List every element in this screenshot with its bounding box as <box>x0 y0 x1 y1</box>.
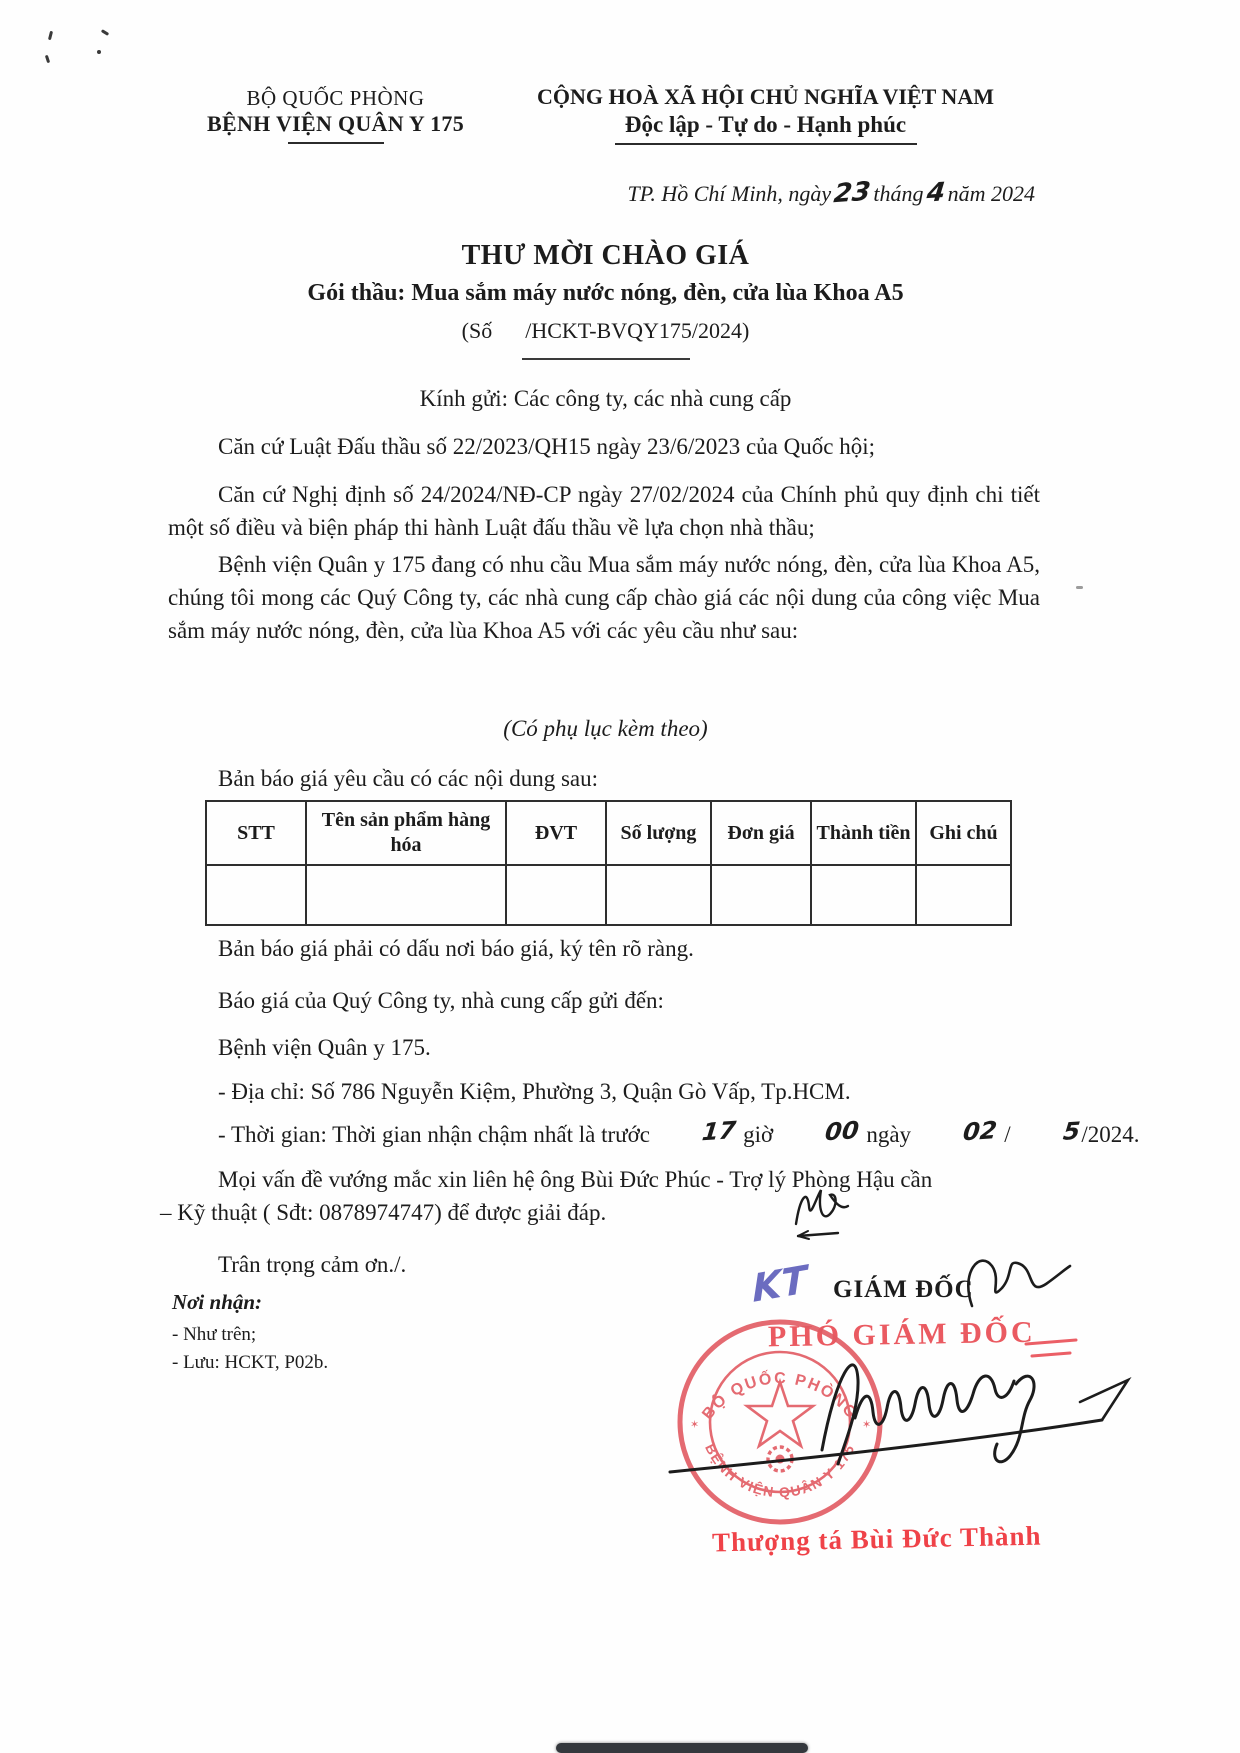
col-header-unit: ĐVT <box>506 801 606 865</box>
contact-line-2: – Kỹ thuật ( Sđt: 0878974747) để được gi… <box>160 1196 860 1229</box>
handwritten-month: 4 <box>925 179 946 206</box>
handwritten-initial-mark <box>786 1180 856 1244</box>
scan-mark <box>97 50 101 54</box>
empty-cell <box>711 865 811 925</box>
header-national-motto: CỘNG HOÀ XÃ HỘI CHỦ NGHĨA VIỆT NAM Độc l… <box>518 84 1013 145</box>
title-rule <box>522 358 690 360</box>
contact-line-1: Mọi vấn đề vướng mắc xin liên hệ ông Bùi… <box>168 1163 1068 1196</box>
paragraph-legal-basis-1: Căn cứ Luật Đấu thầu số 22/2023/QH15 ngà… <box>168 430 1040 463</box>
line-address: - Địa chỉ: Số 786 Nguyễn Kiệm, Phường 3,… <box>168 1075 1040 1108</box>
col-header-product: Tên sản phẩm hàng hóa <box>306 801 506 865</box>
paragraph-legal-basis-2: Căn cứ Nghị định số 24/2024/NĐ-CP ngày 2… <box>168 478 1040 544</box>
recipient-item: - Lưu: HCKT, P02b. <box>172 1351 492 1375</box>
document-title: THƯ MỜI CHÀO GIÁ <box>168 240 1043 272</box>
place-date-line: TP. Hồ Chí Minh, ngày23tháng4năm 2024 <box>520 180 1035 207</box>
document-number: (Số /HCKT-BVQY175/2024) <box>168 318 1043 344</box>
col-header-total: Thành tiền <box>811 801 916 865</box>
salutation: Kính gửi: Các công ty, các nhà cung cấp <box>168 386 1043 412</box>
scan-mark <box>45 55 50 64</box>
date-mid: tháng <box>873 181 923 206</box>
table-intro: Bản báo giá yêu cầu có các nội dung sau: <box>168 762 1040 795</box>
attachment-note: (Có phụ lục kèm theo) <box>168 716 1043 742</box>
ministry-name: BỘ QUỐC PHÒNG <box>178 86 493 111</box>
deadline-gio: giờ <box>743 1122 773 1147</box>
empty-cell <box>306 865 506 925</box>
signer-name: Thượng tá Bùi Đức Thành <box>712 1521 1042 1559</box>
recipients-block: Nơi nhận: - Như trên; - Lưu: HCKT, P02b. <box>172 1290 492 1375</box>
closing-line: Trân trọng cảm ơn./. <box>218 1248 406 1281</box>
empty-cell <box>811 865 916 925</box>
empty-cell <box>606 865 711 925</box>
handwritten-day: 23 <box>833 179 872 207</box>
document-subtitle: Gói thầu: Mua sắm máy nước nóng, đèn, cử… <box>168 280 1043 307</box>
col-header-qty: Số lượng <box>606 801 711 865</box>
recipient-item: - Như trên; <box>172 1323 492 1347</box>
deadline-tail: /2024. <box>1081 1122 1139 1147</box>
signature-ink <box>650 1322 1150 1492</box>
header-right-underline <box>615 143 917 145</box>
empty-cell <box>206 865 306 925</box>
col-header-unit-price: Đơn giá <box>711 801 811 865</box>
line-hospital: Bệnh viện Quân y 175. <box>168 1031 1040 1064</box>
handwritten-kt-mark: KT <box>752 1257 808 1311</box>
deadline-prefix: - Thời gian: Thời gian nhận chậm nhất là… <box>218 1122 650 1147</box>
table-empty-row <box>206 865 1011 925</box>
republic-title: CỘNG HOÀ XÃ HỘI CHỦ NGHĨA VIỆT NAM <box>518 84 1013 110</box>
table-header-row: STT Tên sản phẩm hàng hóa ĐVT Số lượng Đ… <box>206 801 1011 865</box>
scan-mark <box>101 29 109 36</box>
empty-cell <box>506 865 606 925</box>
line-send-to: Báo giá của Quý Công ty, nhà cung cấp gử… <box>168 984 1040 1017</box>
scanned-document-page: BỘ QUỐC PHÒNG BỆNH VIỆN QUÂN Y 175 CỘNG … <box>0 0 1240 1753</box>
quotation-table: STT Tên sản phẩm hàng hóa ĐVT Số lượng Đ… <box>205 800 1012 926</box>
date-suffix: năm 2024 <box>948 181 1035 206</box>
deadline-slash: / <box>1004 1122 1010 1147</box>
hospital-name: BỆNH VIỆN QUÂN Y 175 <box>178 111 493 137</box>
col-header-stt: STT <box>206 801 306 865</box>
motto-line: Độc lập - Tự do - Hạnh phúc <box>518 112 1013 138</box>
header-left-underline <box>288 142 384 144</box>
deadline-ngay: ngày <box>866 1122 911 1147</box>
scan-mark <box>1076 586 1083 589</box>
date-prefix: TP. Hồ Chí Minh, ngày <box>627 181 831 206</box>
paragraph-request: Bệnh viện Quân y 175 đang có nhu cầu Mua… <box>168 548 1040 647</box>
scan-edge-artifact <box>556 1743 808 1753</box>
header-issuing-org: BỘ QUỐC PHÒNG BỆNH VIỆN QUÂN Y 175 <box>178 86 493 144</box>
handwritten-minute: 00 <box>774 1118 861 1148</box>
scan-mark <box>48 31 53 40</box>
director-title: GIÁM ĐỐC <box>833 1276 974 1304</box>
handwritten-receive-day: 02 <box>911 1118 998 1148</box>
col-header-note: Ghi chú <box>916 801 1011 865</box>
handwritten-receive-month: 5 <box>1011 1119 1081 1148</box>
recipients-label: Nơi nhận: <box>172 1290 492 1315</box>
line-deadline: - Thời gian: Thời gian nhận chậm nhất là… <box>168 1118 1040 1151</box>
signature-flourish <box>958 1244 1073 1319</box>
line-stamp-requirement: Bản báo giá phải có dấu nơi báo giá, ký … <box>168 932 1040 965</box>
empty-cell <box>916 865 1011 925</box>
handwritten-hour: 17 <box>650 1118 737 1148</box>
